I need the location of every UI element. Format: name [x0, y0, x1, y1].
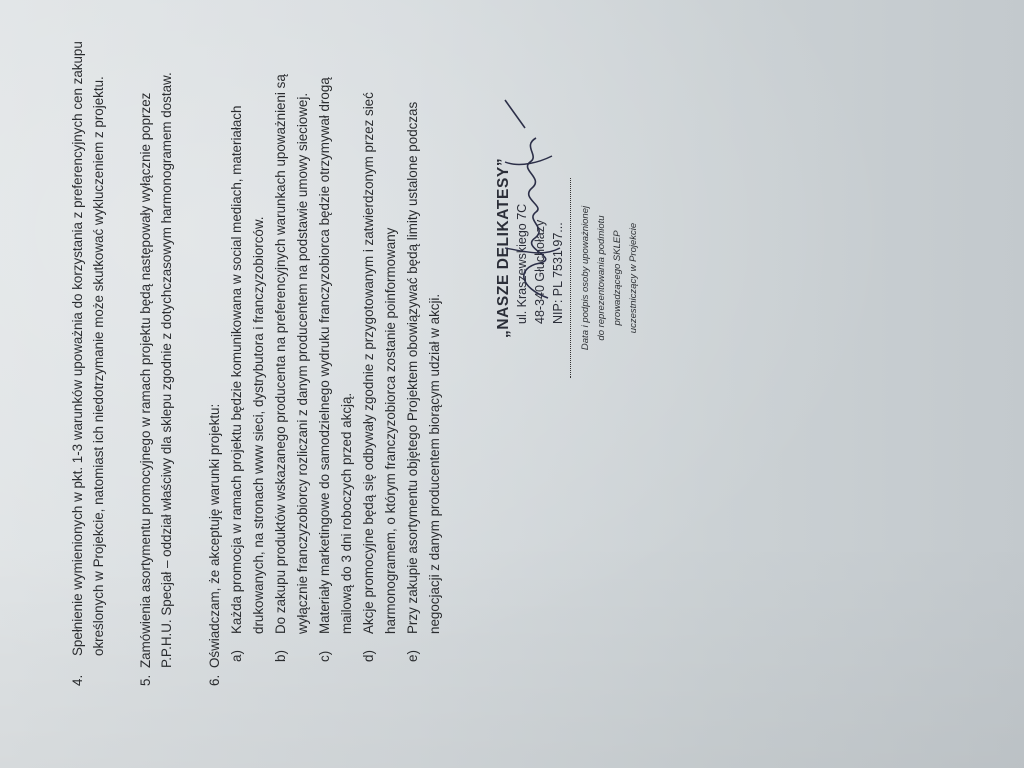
subitem-a-line-2: drukowanych, na stronach www sieci, dyst… [251, 216, 266, 634]
stamp-city: 48-340 Głuchołazy [531, 138, 549, 338]
subitem-d-line-2: harmonogramem, o którym franczyzobiorca … [383, 228, 398, 634]
item-number: 4. [70, 675, 85, 686]
document-page: 4. Spełnienie wymienionych w pkt. 1-3 wa… [0, 0, 1024, 768]
subitem-a-line-1: Każda promocja w ramach projektu będzie … [229, 106, 244, 634]
item-number: 6. [207, 675, 222, 686]
subitem-letter: a) [229, 650, 244, 662]
caption-line: uczestniczący w Projekcie [626, 178, 642, 378]
subitem-d-line-1: Akcje promocyjne będą się odbywały zgodn… [361, 92, 376, 634]
subitem-c-line-1: Materiały marketingowe do samodzielnego … [317, 77, 332, 634]
item-number: 5. [138, 675, 153, 686]
stamp-street: ul. Kraszewskiego 7C [513, 138, 531, 338]
caption-line: do reprezentowania podmiotu [594, 178, 610, 378]
subitem-letter: b) [273, 650, 288, 662]
handwritten-signature [0, 0, 1024, 768]
subitem-letter: c) [317, 651, 332, 662]
caption-line: prowadzącego SKLEP [610, 178, 626, 378]
subitem-letter: e) [405, 650, 420, 662]
stamp-company-name: „NASZE DELIKATESY” [495, 138, 513, 338]
subitem-e-line-2: negocjacji z danym producentem biorącym … [427, 294, 442, 634]
item-5-line-1: Zamówienia asortymentu promocyjnego w ra… [138, 93, 153, 668]
subitem-e-line-1: Przy zakupie asortymentu objętego Projek… [405, 102, 420, 634]
item-6-heading: Oświadczam, że akceptuję warunki projekt… [207, 404, 222, 668]
subitem-letter: d) [361, 650, 376, 662]
signature-line [570, 178, 571, 378]
signature-caption: Data i podpis osoby upoważnionej do repr… [578, 178, 642, 378]
item-4-line-2: określonych w Projekcie, natomiast ich n… [91, 76, 106, 656]
subitem-b-line-1: Do zakupu produktów wskazanego producent… [273, 74, 288, 634]
subitem-b-line-2: wyłącznie franczyzobiorcy rozliczani z d… [295, 93, 310, 634]
stamp-nip: NIP: PL 7531 97... [549, 138, 567, 338]
subitem-c-line-2: mailową do 3 dni roboczych przed akcją. [339, 393, 354, 634]
company-stamp: „NASZE DELIKATESY” ul. Kraszewskiego 7C … [495, 138, 567, 338]
caption-line: Data i podpis osoby upoważnionej [578, 178, 594, 378]
item-5-line-2: P.P.H.U. Specjał – oddział właściwy dla … [159, 72, 174, 668]
item-4-line-1: Spełnienie wymienionych w pkt. 1-3 warun… [70, 41, 85, 656]
